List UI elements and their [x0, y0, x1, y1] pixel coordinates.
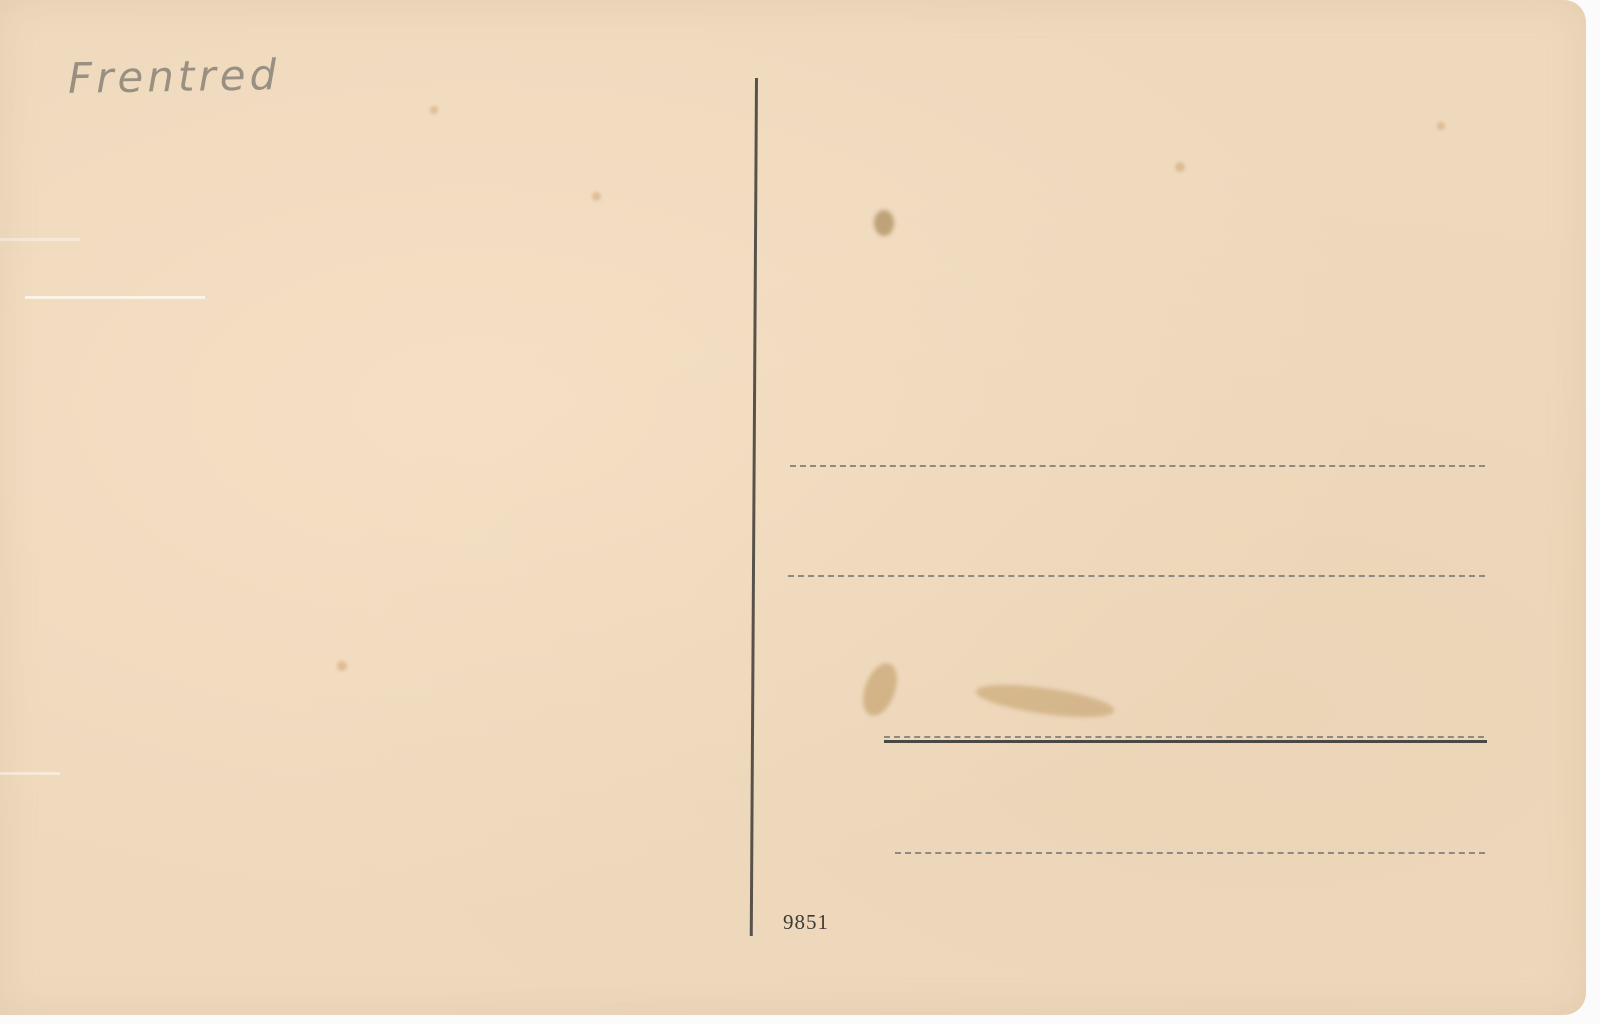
paper-crease: [25, 296, 205, 299]
stain: [856, 659, 903, 721]
print-number: 9851: [783, 910, 829, 935]
foxing-spot: [1175, 162, 1185, 172]
stain: [974, 678, 1116, 723]
handwritten-pencil-note: Frentred: [68, 50, 281, 103]
stain: [874, 210, 894, 236]
foxing-spot: [430, 106, 438, 114]
address-line-3-dashed: [884, 736, 1484, 738]
paper-crease: [0, 238, 80, 241]
address-line-3: [884, 740, 1487, 743]
foxing-spot: [592, 192, 601, 201]
address-line-4: [895, 852, 1485, 854]
foxing-spot: [337, 661, 347, 671]
paper-crease: [0, 772, 60, 775]
message-address-divider: [750, 78, 758, 936]
foxing-spot: [1437, 122, 1445, 130]
postcard-back: Frentred 9851: [0, 0, 1586, 1015]
address-line-2: [788, 575, 1485, 577]
address-line-1: [790, 465, 1485, 467]
